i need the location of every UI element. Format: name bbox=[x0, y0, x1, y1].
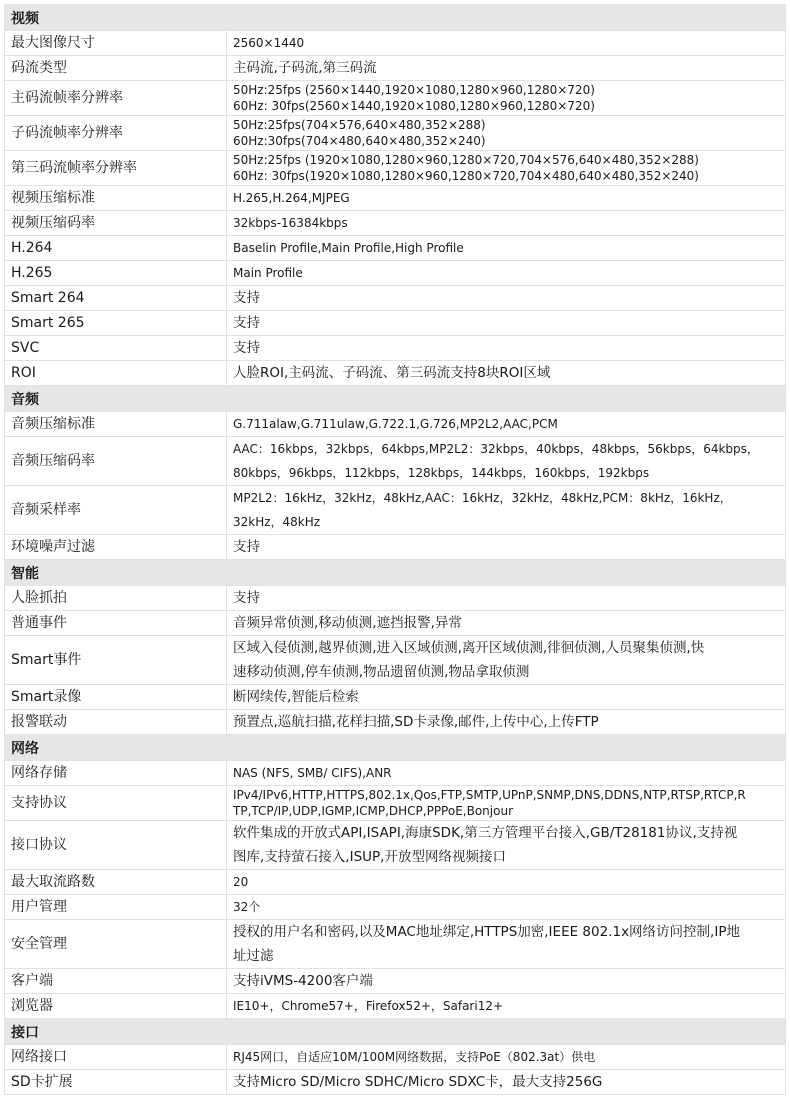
spec-value: 支持 bbox=[227, 311, 786, 336]
spec-value-line: 支持 bbox=[233, 539, 779, 556]
spec-table: 视频 最大图像尺寸 2560×1440 码流类型 主码流,子码流,第三码流 主码… bbox=[4, 4, 786, 1095]
spec-row: H.264 Baselin Profile,Main Profile,High … bbox=[5, 236, 786, 261]
spec-row: 接口协议 软件集成的开放式API,ISAPI,海康SDK,第三方管理平台接入,G… bbox=[5, 821, 786, 870]
spec-value-line: RJ45网口，自适应10M/100M网络数据，支持PoE（802.3at）供电 bbox=[233, 1049, 779, 1066]
spec-value: 授权的用户名和密码,以及MAC地址绑定,HTTPS加密,IEEE 802.1x网… bbox=[227, 920, 786, 969]
spec-label: Smart录像 bbox=[5, 685, 227, 710]
spec-value: 支持 bbox=[227, 535, 786, 560]
section-header-3: 网络 bbox=[5, 735, 786, 761]
spec-label: H.264 bbox=[5, 236, 227, 261]
spec-value-line: 音频异常侦测,移动侦测,遮挡报警,异常 bbox=[233, 615, 779, 632]
spec-row: 主码流帧率分辨率 50Hz:25fps (2560×1440,1920×1080… bbox=[5, 81, 786, 116]
spec-value: 区域入侵侦测,越界侦测,进入区域侦测,离开区域侦测,徘徊侦测,人员聚集侦测,快速… bbox=[227, 636, 786, 685]
spec-value-line: NAS (NFS, SMB/ CIFS),ANR bbox=[233, 765, 779, 782]
spec-label: Smart 264 bbox=[5, 286, 227, 311]
spec-value: 50Hz:25fps (1920×1080,1280×960,1280×720,… bbox=[227, 151, 786, 186]
spec-value: 32个 bbox=[227, 895, 786, 920]
spec-value: 20 bbox=[227, 870, 786, 895]
spec-label: 用户管理 bbox=[5, 895, 227, 920]
section-title: 视频 bbox=[5, 5, 786, 31]
section-header-0: 视频 bbox=[5, 5, 786, 31]
spec-value-line: 人脸ROI,主码流、子码流、第三码流支持8块ROI区域 bbox=[233, 365, 779, 382]
spec-value: 断网续传,智能后检索 bbox=[227, 685, 786, 710]
spec-label: 视频压缩标准 bbox=[5, 186, 227, 211]
spec-value-line: IPv4/IPv6,HTTP,HTTPS,802.1x,Qos,FTP,SMTP… bbox=[233, 787, 779, 803]
spec-value: G.711alaw,G.711ulaw,G.722.1,G.726,MP2L2,… bbox=[227, 412, 786, 437]
spec-label: 网络接口 bbox=[5, 1045, 227, 1070]
spec-value-line: 50Hz:25fps(704×576,640×480,352×288) bbox=[233, 117, 779, 133]
spec-label: 码流类型 bbox=[5, 56, 227, 81]
spec-row: 支持协议 IPv4/IPv6,HTTP,HTTPS,802.1x,Qos,FTP… bbox=[5, 786, 786, 821]
section-header-1: 音频 bbox=[5, 386, 786, 412]
spec-value-line: 80kbps，96kbps，112kbps，128kbps，144kbps，16… bbox=[233, 461, 779, 485]
spec-row: 安全管理 授权的用户名和密码,以及MAC地址绑定,HTTPS加密,IEEE 80… bbox=[5, 920, 786, 969]
spec-value-line: 32kbps-16384kbps bbox=[233, 215, 779, 232]
spec-value-line: 软件集成的开放式API,ISAPI,海康SDK,第三方管理平台接入,GB/T28… bbox=[233, 821, 779, 845]
spec-value: 32kbps-16384kbps bbox=[227, 211, 786, 236]
spec-row: 最大图像尺寸 2560×1440 bbox=[5, 31, 786, 56]
spec-value-line: 速移动侦测,停车侦测,物品遗留侦测,物品拿取侦测 bbox=[233, 660, 779, 684]
spec-value-line: Baselin Profile,Main Profile,High Profil… bbox=[233, 240, 779, 257]
spec-row: 最大取流路数 20 bbox=[5, 870, 786, 895]
spec-label: 支持协议 bbox=[5, 786, 227, 821]
spec-row: Smart录像 断网续传,智能后检索 bbox=[5, 685, 786, 710]
spec-value-line: 图库,支持萤石接入,ISUP,开放型网络视频接口 bbox=[233, 845, 779, 869]
spec-row: 码流类型 主码流,子码流,第三码流 bbox=[5, 56, 786, 81]
spec-row: 普通事件 音频异常侦测,移动侦测,遮挡报警,异常 bbox=[5, 611, 786, 636]
spec-label: SVC bbox=[5, 336, 227, 361]
spec-value-line: 预置点,巡航扫描,花样扫描,SD卡录像,邮件,上传中心,上传FTP bbox=[233, 714, 779, 731]
spec-value: Baselin Profile,Main Profile,High Profil… bbox=[227, 236, 786, 261]
spec-value: 预置点,巡航扫描,花样扫描,SD卡录像,邮件,上传中心,上传FTP bbox=[227, 710, 786, 735]
spec-value: IPv4/IPv6,HTTP,HTTPS,802.1x,Qos,FTP,SMTP… bbox=[227, 786, 786, 821]
spec-row: Smart 265 支持 bbox=[5, 311, 786, 336]
spec-row: 音频采样率 MP2L2：16kHz，32kHz，48kHz,AAC：16kHz，… bbox=[5, 486, 786, 535]
spec-label: 接口协议 bbox=[5, 821, 227, 870]
spec-row: 网络接口 RJ45网口，自适应10M/100M网络数据，支持PoE（802.3a… bbox=[5, 1045, 786, 1070]
spec-value-line: 支持 bbox=[233, 340, 779, 357]
spec-value: 音频异常侦测,移动侦测,遮挡报警,异常 bbox=[227, 611, 786, 636]
spec-value: NAS (NFS, SMB/ CIFS),ANR bbox=[227, 761, 786, 786]
spec-label: 报警联动 bbox=[5, 710, 227, 735]
spec-row: 报警联动 预置点,巡航扫描,花样扫描,SD卡录像,邮件,上传中心,上传FTP bbox=[5, 710, 786, 735]
spec-value-line: G.711alaw,G.711ulaw,G.722.1,G.726,MP2L2,… bbox=[233, 416, 779, 433]
section-header-4: 接口 bbox=[5, 1019, 786, 1045]
spec-row: 音频压缩标准 G.711alaw,G.711ulaw,G.722.1,G.726… bbox=[5, 412, 786, 437]
spec-label: 子码流帧率分辨率 bbox=[5, 116, 227, 151]
spec-value: 2560×1440 bbox=[227, 31, 786, 56]
spec-label: 安全管理 bbox=[5, 920, 227, 969]
spec-row: 用户管理 32个 bbox=[5, 895, 786, 920]
spec-value-line: 主码流,子码流,第三码流 bbox=[233, 60, 779, 77]
spec-label: 浏览器 bbox=[5, 994, 227, 1019]
spec-value: Main Profile bbox=[227, 261, 786, 286]
spec-value: 支持 bbox=[227, 586, 786, 611]
spec-value-line: H.265,H.264,MJPEG bbox=[233, 190, 779, 207]
spec-value-line: TP,TCP/IP,UDP,IGMP,ICMP,DHCP,PPPoE,Bonjo… bbox=[233, 803, 779, 819]
spec-label: 网络存储 bbox=[5, 761, 227, 786]
spec-row: SD卡扩展 支持Micro SD/Micro SDHC/Micro SDXC卡，… bbox=[5, 1070, 786, 1095]
spec-label: 视频压缩码率 bbox=[5, 211, 227, 236]
spec-value: 50Hz:25fps (2560×1440,1920×1080,1280×960… bbox=[227, 81, 786, 116]
spec-label: SD卡扩展 bbox=[5, 1070, 227, 1095]
spec-row: Smart事件 区域入侵侦测,越界侦测,进入区域侦测,离开区域侦测,徘徊侦测,人… bbox=[5, 636, 786, 685]
spec-value-line: 20 bbox=[233, 874, 779, 891]
section-title: 智能 bbox=[5, 560, 786, 586]
spec-row: 第三码流帧率分辨率 50Hz:25fps (1920×1080,1280×960… bbox=[5, 151, 786, 186]
spec-label: 最大取流路数 bbox=[5, 870, 227, 895]
spec-label: 环境噪声过滤 bbox=[5, 535, 227, 560]
spec-value: 主码流,子码流,第三码流 bbox=[227, 56, 786, 81]
spec-label: Smart 265 bbox=[5, 311, 227, 336]
spec-value-line: 支持 bbox=[233, 590, 779, 607]
spec-value: 人脸ROI,主码流、子码流、第三码流支持8块ROI区域 bbox=[227, 361, 786, 386]
spec-row: 浏览器 IE10+，Chrome57+，Firefox52+，Safari12+ bbox=[5, 994, 786, 1019]
spec-value-line: 60Hz: 30fps(2560×1440,1920×1080,1280×960… bbox=[233, 98, 779, 114]
spec-value-line: 60Hz:30fps(704×480,640×480,352×240) bbox=[233, 133, 779, 149]
spec-label: 普通事件 bbox=[5, 611, 227, 636]
section-title: 接口 bbox=[5, 1019, 786, 1045]
spec-label: ROI bbox=[5, 361, 227, 386]
section-title: 网络 bbox=[5, 735, 786, 761]
spec-value: 支持 bbox=[227, 286, 786, 311]
spec-value-line: 支持Micro SD/Micro SDHC/Micro SDXC卡，最大支持25… bbox=[233, 1074, 779, 1091]
spec-value-line: MP2L2：16kHz，32kHz，48kHz,AAC：16kHz，32kHz，… bbox=[233, 486, 779, 510]
spec-row: SVC 支持 bbox=[5, 336, 786, 361]
spec-value-line: 50Hz:25fps (2560×1440,1920×1080,1280×960… bbox=[233, 82, 779, 98]
spec-value: 50Hz:25fps(704×576,640×480,352×288)60Hz:… bbox=[227, 116, 786, 151]
spec-value-line: 2560×1440 bbox=[233, 35, 779, 52]
spec-label: 音频压缩码率 bbox=[5, 437, 227, 486]
spec-value: 支持Micro SD/Micro SDHC/Micro SDXC卡，最大支持25… bbox=[227, 1070, 786, 1095]
spec-label: 客户端 bbox=[5, 969, 227, 994]
spec-row: 子码流帧率分辨率 50Hz:25fps(704×576,640×480,352×… bbox=[5, 116, 786, 151]
spec-value: 支持 bbox=[227, 336, 786, 361]
spec-label: Smart事件 bbox=[5, 636, 227, 685]
spec-label: 第三码流帧率分辨率 bbox=[5, 151, 227, 186]
spec-value: AAC：16kbps，32kbps，64kbps,MP2L2：32kbps，40… bbox=[227, 437, 786, 486]
spec-row: 视频压缩标准 H.265,H.264,MJPEG bbox=[5, 186, 786, 211]
spec-value-line: 支持iVMS-4200客户端 bbox=[233, 973, 779, 990]
spec-row: 环境噪声过滤 支持 bbox=[5, 535, 786, 560]
spec-row: 视频压缩码率 32kbps-16384kbps bbox=[5, 211, 786, 236]
spec-value: IE10+，Chrome57+，Firefox52+，Safari12+ bbox=[227, 994, 786, 1019]
spec-value: 软件集成的开放式API,ISAPI,海康SDK,第三方管理平台接入,GB/T28… bbox=[227, 821, 786, 870]
spec-label: 音频压缩标准 bbox=[5, 412, 227, 437]
spec-row: 音频压缩码率 AAC：16kbps，32kbps，64kbps,MP2L2：32… bbox=[5, 437, 786, 486]
spec-row: 网络存储 NAS (NFS, SMB/ CIFS),ANR bbox=[5, 761, 786, 786]
spec-row: H.265 Main Profile bbox=[5, 261, 786, 286]
spec-label: 人脸抓拍 bbox=[5, 586, 227, 611]
spec-value-line: 50Hz:25fps (1920×1080,1280×960,1280×720,… bbox=[233, 152, 779, 168]
spec-value-line: 授权的用户名和密码,以及MAC地址绑定,HTTPS加密,IEEE 802.1x网… bbox=[233, 920, 779, 944]
spec-value-line: AAC：16kbps，32kbps，64kbps,MP2L2：32kbps，40… bbox=[233, 437, 779, 461]
spec-value-line: 支持 bbox=[233, 315, 779, 332]
spec-value-line: 址过滤 bbox=[233, 944, 779, 968]
spec-label: 主码流帧率分辨率 bbox=[5, 81, 227, 116]
spec-value-line: Main Profile bbox=[233, 265, 779, 282]
spec-value-line: 支持 bbox=[233, 290, 779, 307]
spec-row: Smart 264 支持 bbox=[5, 286, 786, 311]
spec-table-body: 视频 最大图像尺寸 2560×1440 码流类型 主码流,子码流,第三码流 主码… bbox=[5, 5, 786, 1095]
section-title: 音频 bbox=[5, 386, 786, 412]
spec-row: 人脸抓拍 支持 bbox=[5, 586, 786, 611]
spec-value-line: 60Hz: 30fps(1920×1080,1280×960,1280×720,… bbox=[233, 168, 779, 184]
spec-row: 客户端 支持iVMS-4200客户端 bbox=[5, 969, 786, 994]
spec-value: 支持iVMS-4200客户端 bbox=[227, 969, 786, 994]
spec-value: H.265,H.264,MJPEG bbox=[227, 186, 786, 211]
spec-value: MP2L2：16kHz，32kHz，48kHz,AAC：16kHz，32kHz，… bbox=[227, 486, 786, 535]
spec-value-line: 区域入侵侦测,越界侦测,进入区域侦测,离开区域侦测,徘徊侦测,人员聚集侦测,快 bbox=[233, 636, 779, 660]
spec-value-line: 32个 bbox=[233, 899, 779, 916]
section-header-2: 智能 bbox=[5, 560, 786, 586]
spec-value-line: IE10+，Chrome57+，Firefox52+，Safari12+ bbox=[233, 998, 779, 1015]
spec-label: 最大图像尺寸 bbox=[5, 31, 227, 56]
spec-row: ROI 人脸ROI,主码流、子码流、第三码流支持8块ROI区域 bbox=[5, 361, 786, 386]
spec-value-line: 32kHz，48kHz bbox=[233, 510, 779, 534]
spec-label: 音频采样率 bbox=[5, 486, 227, 535]
spec-label: H.265 bbox=[5, 261, 227, 286]
spec-value-line: 断网续传,智能后检索 bbox=[233, 689, 779, 706]
spec-value: RJ45网口，自适应10M/100M网络数据，支持PoE（802.3at）供电 bbox=[227, 1045, 786, 1070]
